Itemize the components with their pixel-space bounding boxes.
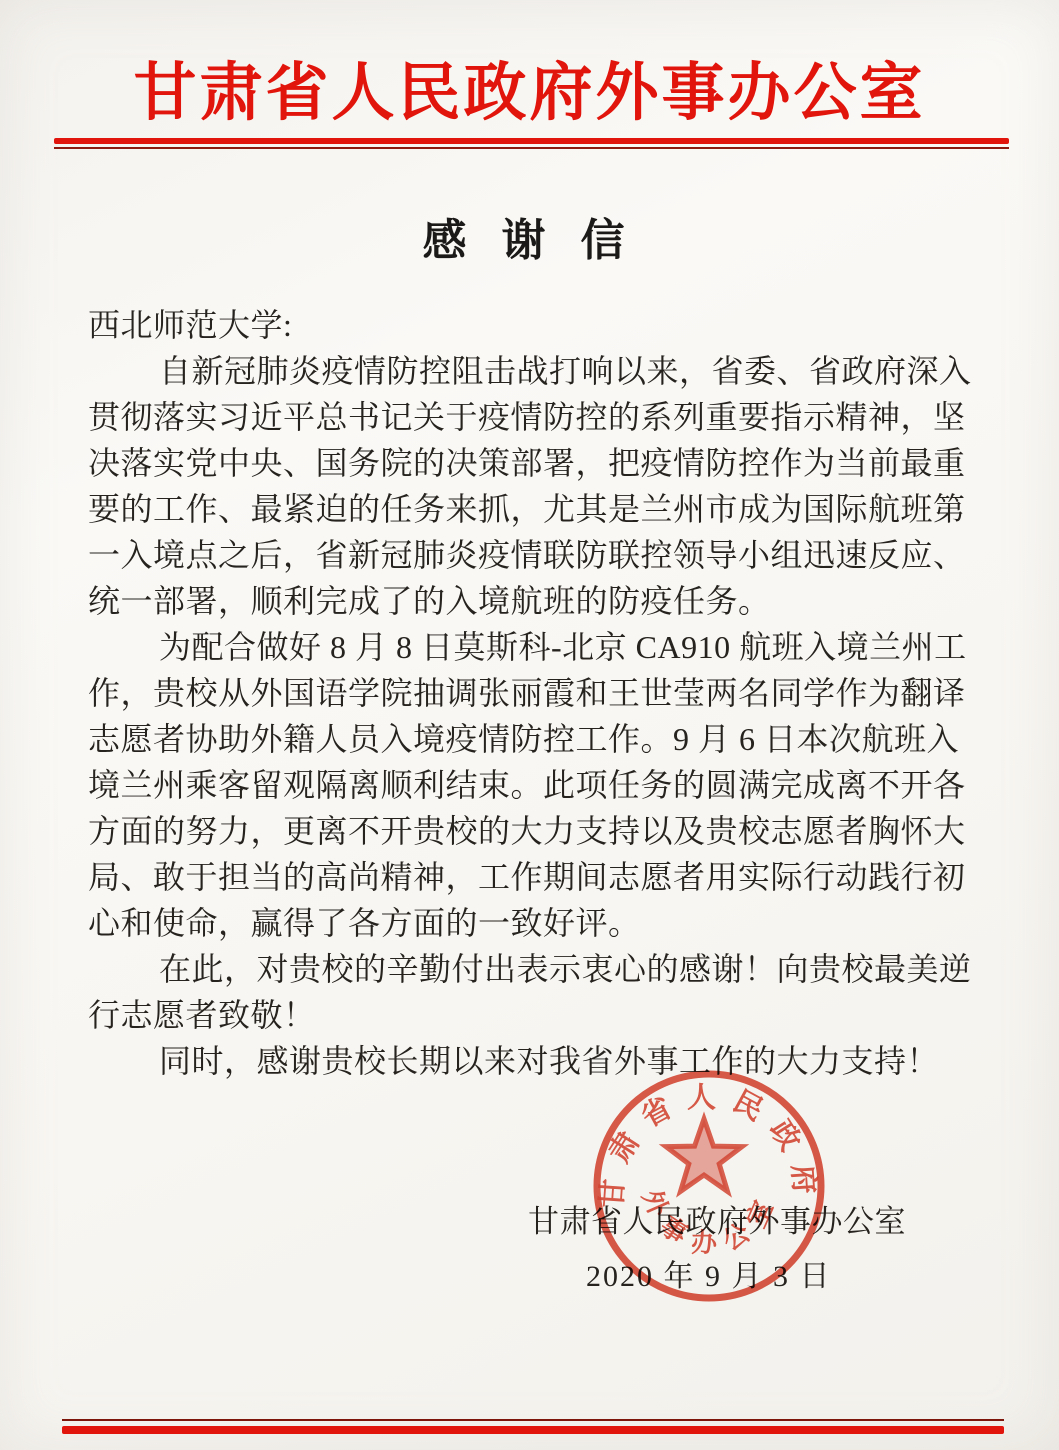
footer-rule-thick-line [62, 1426, 1004, 1434]
seal-star-icon [666, 1119, 742, 1191]
body-line: 作，贵校从外国语学院抽调张丽霞和王世莹两名同学作为翻译 [88, 670, 968, 716]
body-line: 决落实党中央、国务院的决策部署，把疫情防控作为当前最重 [88, 440, 968, 486]
seal-bottom-text: 外事办公室 [636, 1186, 783, 1258]
letter-page: 甘肃省人民政府外事办公室 感 谢 信 西北师范大学: 自新冠肺炎疫情防控阻击战打… [0, 0, 1059, 1450]
body-line: 在此，对贵校的辛勤付出表示衷心的感谢！向贵校最美逆 [88, 946, 968, 992]
body-line: 统一部署，顺利完成了的入境航班的防疫任务。 [88, 578, 968, 624]
salutation: 西北师范大学: [88, 302, 968, 348]
header-rule-thick-line [54, 138, 1009, 144]
body-line: 方面的努力，更离不开贵校的大力支持以及贵校志愿者胸怀大 [88, 808, 968, 854]
footer-rule-thin-line [62, 1419, 1004, 1421]
body-line: 为配合做好 8 月 8 日莫斯科-北京 CA910 航班入境兰州工 [88, 624, 968, 670]
body-line: 要的工作、最紧迫的任务来抓，尤其是兰州市成为国际航班第 [88, 486, 968, 532]
official-seal: 甘肃省人民政府 外事办公室 [577, 1054, 841, 1318]
body-line: 心和使命，赢得了各方面的一致好评。 [88, 900, 968, 946]
body-line: 一入境点之后，省新冠肺炎疫情联防联控领导小组迅速反应、 [88, 532, 968, 578]
body-line: 自新冠肺炎疫情防控阻击战打响以来，省委、省政府深入 [88, 348, 968, 394]
svg-text:外事办公室: 外事办公室 [636, 1186, 783, 1258]
header-rule [54, 138, 1009, 149]
letterhead-org-name: 甘肃省人民政府外事办公室 [0, 42, 1059, 133]
document-title: 感 谢 信 [0, 204, 1059, 268]
header-rule-thin-line [54, 147, 1009, 149]
letter-body: 西北师范大学: 自新冠肺炎疫情防控阻击战打响以来，省委、省政府深入 贯彻落实习近… [88, 302, 968, 1084]
body-line: 志愿者协助外籍人员入境疫情防控工作。9 月 6 日本次航班入 [88, 716, 968, 762]
body-line: 境兰州乘客留观隔离顺利结束。此项任务的圆满完成离不开各 [88, 762, 968, 808]
footer-rule [62, 1419, 1004, 1434]
body-line: 贯彻落实习近平总书记关于疫情防控的系列重要指示精神，坚 [88, 394, 968, 440]
body-line: 行志愿者致敬！ [88, 992, 968, 1038]
body-line: 局、敢于担当的高尚精神，工作期间志愿者用实际行动践行初 [88, 854, 968, 900]
